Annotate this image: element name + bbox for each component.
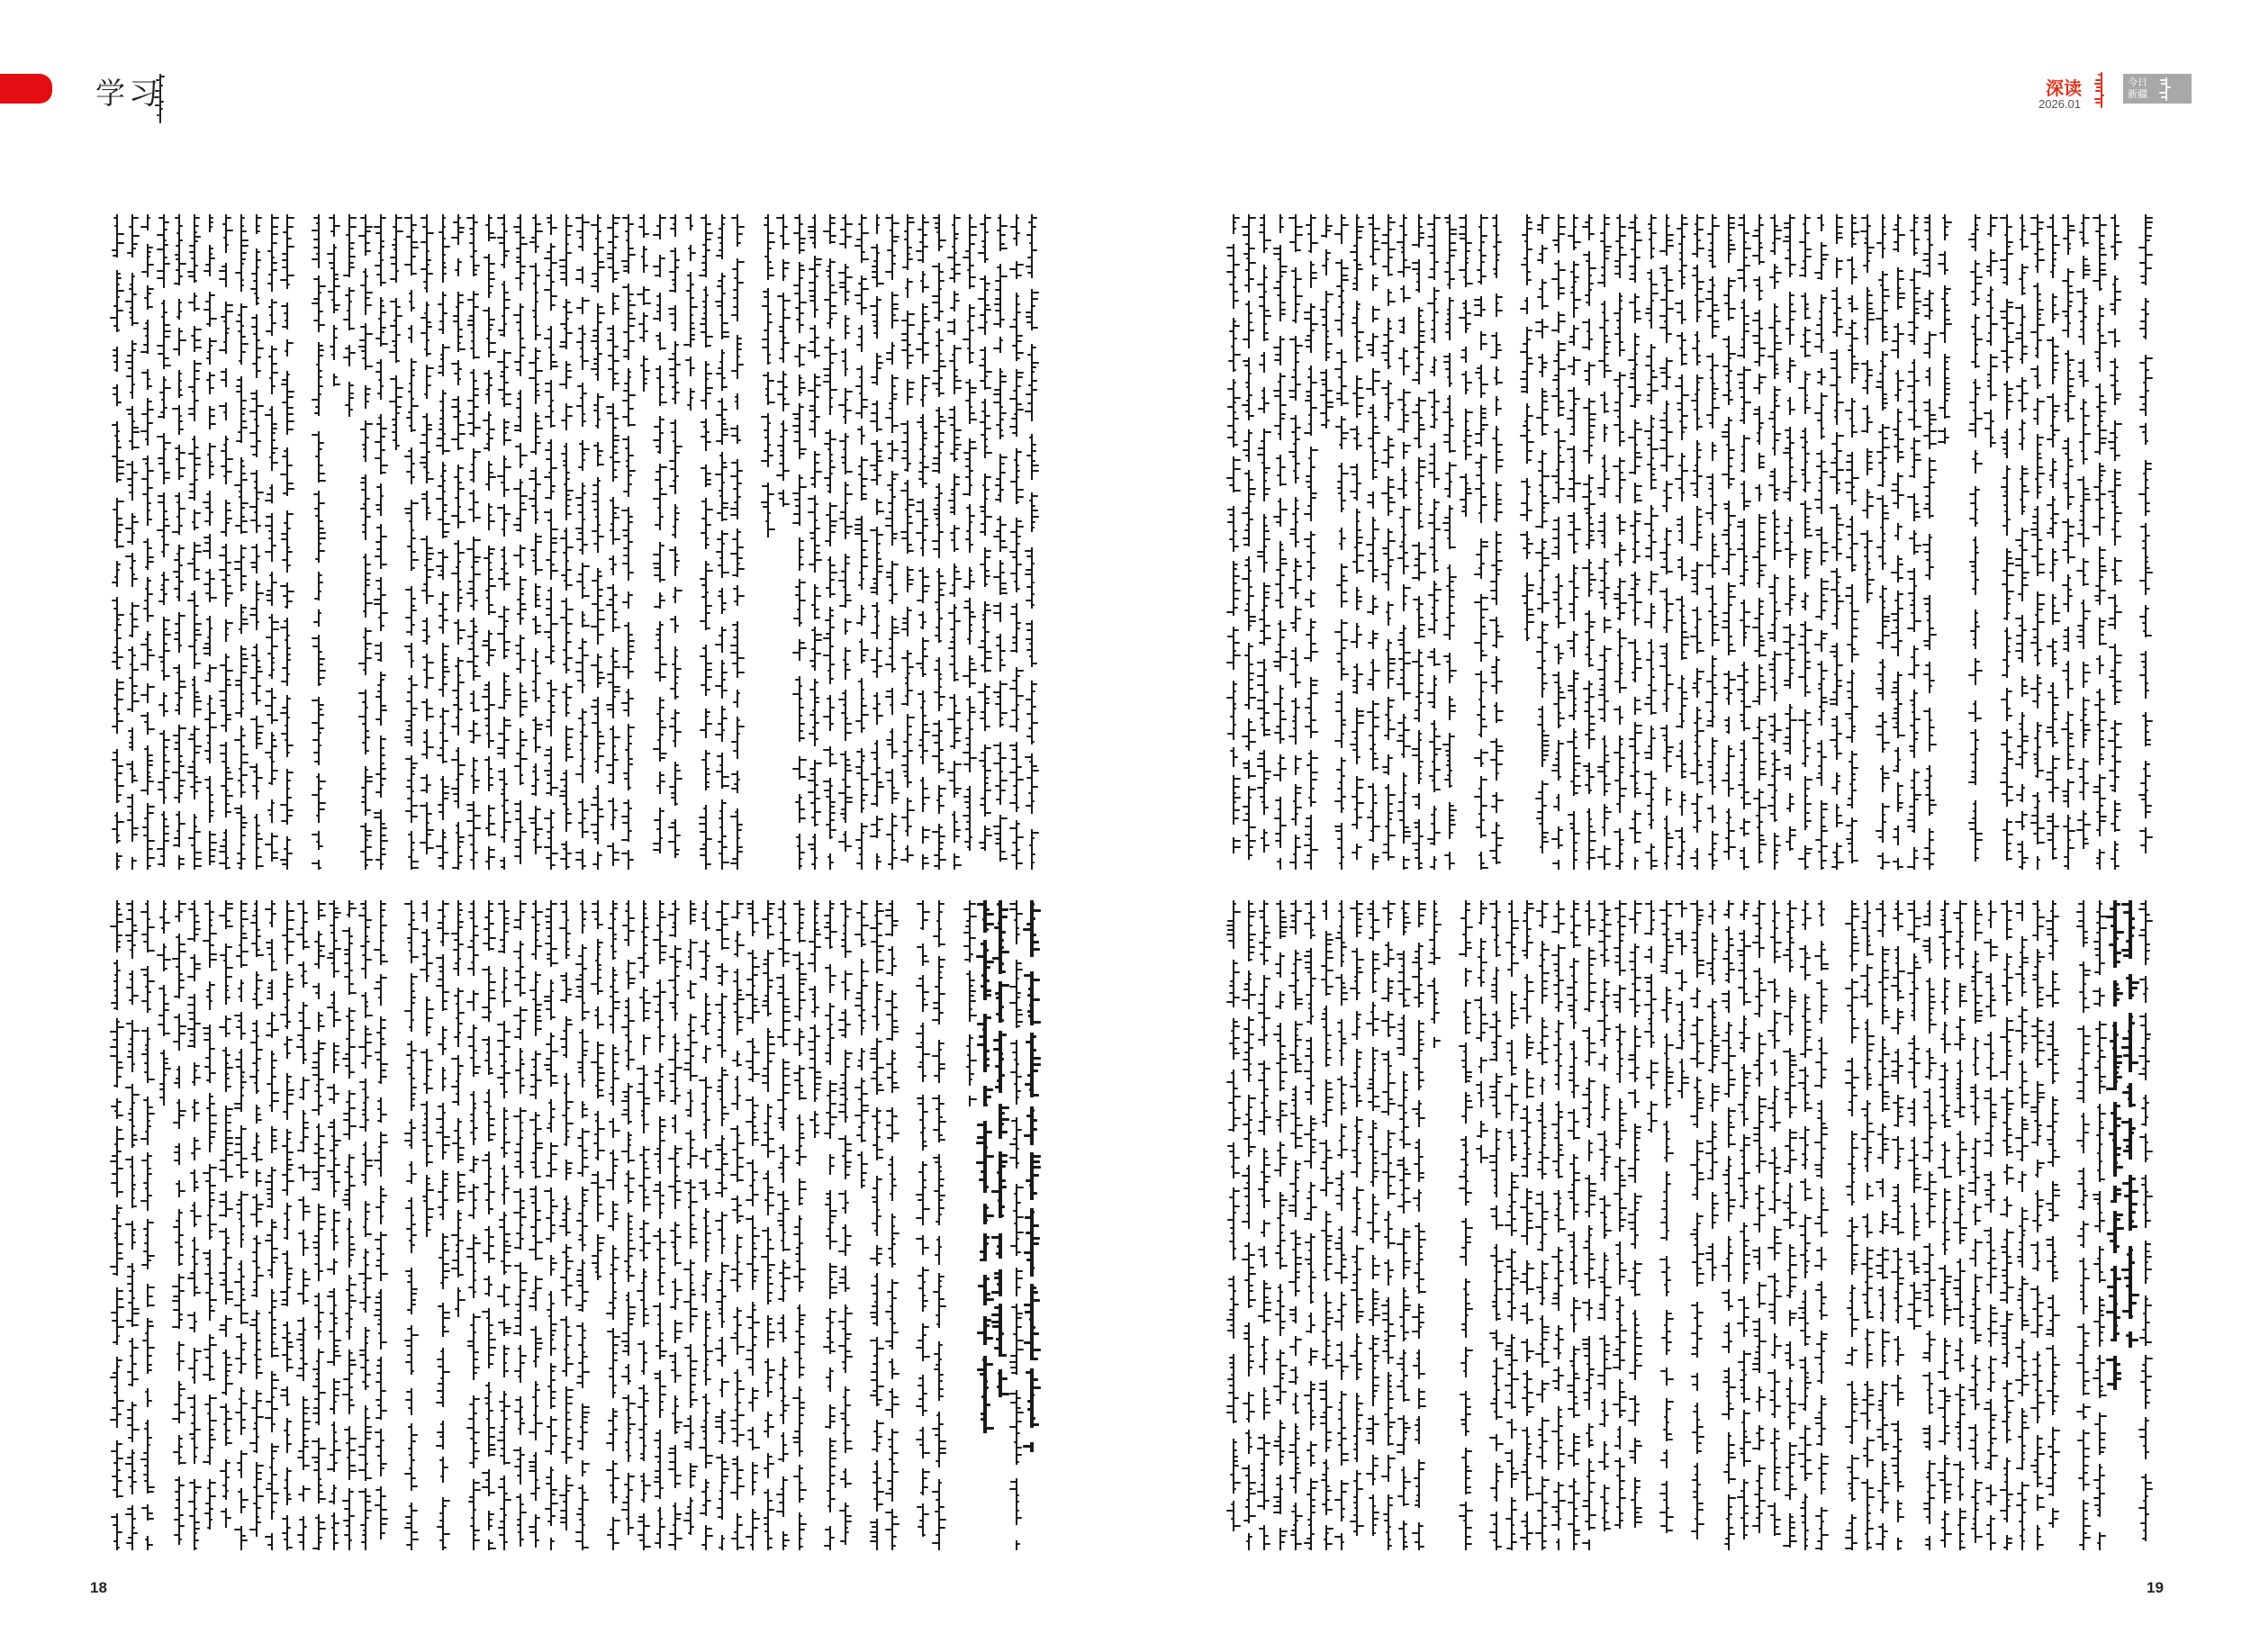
text-column <box>885 900 898 1550</box>
text-column <box>1722 900 1734 1550</box>
text-column <box>947 214 960 870</box>
text-column <box>2000 900 2012 1550</box>
text-column <box>1288 900 1301 1550</box>
text-column <box>1798 900 1811 1550</box>
text-column <box>1737 900 1749 1550</box>
text-column <box>1025 900 1037 1550</box>
text-column <box>1366 900 1379 1550</box>
text-column <box>265 214 277 870</box>
text-column <box>1381 214 1394 870</box>
text-column <box>2076 214 2089 870</box>
text-column <box>1520 900 1532 1550</box>
text-column <box>1860 900 1873 1550</box>
text-column <box>1459 214 1471 870</box>
text-column <box>932 214 945 870</box>
text-column <box>374 900 386 1550</box>
text-column <box>140 214 153 870</box>
text-column <box>591 214 603 870</box>
text-column <box>436 214 448 870</box>
page-19-lower-text-block <box>1226 900 2152 1550</box>
text-column <box>2030 214 2043 870</box>
text-column <box>2030 900 2043 1550</box>
text-column <box>404 900 417 1550</box>
text-column <box>2108 900 2120 1550</box>
text-column <box>513 214 526 870</box>
text-column <box>358 214 371 870</box>
text-column <box>1891 214 1903 870</box>
text-column <box>1257 214 1270 870</box>
text-column <box>1628 214 1641 870</box>
text-column <box>1412 214 1424 870</box>
text-column <box>1783 214 1795 870</box>
text-column <box>978 214 990 870</box>
text-column <box>265 900 277 1550</box>
text-column <box>1242 900 1254 1550</box>
text-column <box>575 900 588 1550</box>
text-column <box>1350 900 1362 1550</box>
text-column <box>715 900 728 1550</box>
text-column <box>1304 214 1316 870</box>
text-column <box>870 900 882 1550</box>
text-column <box>1860 214 1873 870</box>
partner-badge-line1: 今日 <box>2128 77 2153 88</box>
text-column <box>1922 214 1935 870</box>
text-column <box>900 214 913 870</box>
text-column <box>466 900 479 1550</box>
text-column <box>249 900 262 1550</box>
text-column <box>1876 214 1888 870</box>
text-column <box>993 214 1006 870</box>
brand-name-mongolian <box>2096 72 2114 108</box>
issue-date: 2026.01 <box>2039 97 2081 111</box>
text-column <box>730 214 743 870</box>
text-column <box>1474 214 1487 870</box>
text-column <box>792 214 805 870</box>
text-column <box>1907 900 1920 1550</box>
text-column <box>219 214 231 870</box>
text-column <box>653 900 665 1550</box>
text-column <box>1582 900 1595 1550</box>
text-column <box>2000 214 2012 870</box>
text-column <box>1690 900 1703 1550</box>
text-column <box>2046 214 2058 870</box>
text-column <box>1535 214 1548 870</box>
text-column <box>1814 214 1827 870</box>
text-column <box>653 214 665 870</box>
text-column <box>621 214 634 870</box>
text-column <box>637 214 649 870</box>
text-column <box>854 900 867 1550</box>
text-column <box>1242 214 1254 870</box>
text-column <box>125 214 138 870</box>
text-column <box>1659 900 1672 1550</box>
text-column <box>1767 900 1780 1550</box>
text-column <box>312 214 324 870</box>
text-column <box>172 900 185 1550</box>
text-column <box>1535 900 1548 1550</box>
text-column <box>1938 900 1950 1550</box>
text-column <box>621 900 634 1550</box>
text-column <box>1705 214 1718 870</box>
text-column <box>466 214 479 870</box>
text-column <box>1876 900 1888 1550</box>
text-column <box>2093 900 2105 1550</box>
partner-badge-chinese: 今日 新疆 <box>2128 77 2153 100</box>
text-column <box>963 900 975 1550</box>
text-column <box>916 214 928 870</box>
text-column <box>187 214 200 870</box>
partner-badge: 今日 新疆 <box>2123 74 2192 104</box>
text-column <box>544 214 556 870</box>
text-column <box>1690 214 1703 870</box>
text-column <box>761 900 773 1550</box>
text-column <box>327 214 339 870</box>
text-column <box>234 900 247 1550</box>
text-column <box>838 900 851 1550</box>
text-column <box>2076 900 2089 1550</box>
text-column <box>482 214 494 870</box>
brand-name: 深读 <box>2046 74 2082 100</box>
text-column <box>963 214 975 870</box>
text-column <box>591 900 603 1550</box>
text-column <box>1675 214 1687 870</box>
text-column <box>2108 214 2120 870</box>
text-column <box>715 214 728 870</box>
text-column <box>187 900 200 1550</box>
text-column <box>1968 900 1981 1550</box>
section-title-mongolian <box>155 74 166 123</box>
text-column <box>1953 900 1966 1550</box>
text-column <box>854 214 867 870</box>
text-column <box>1984 214 1996 870</box>
text-column <box>823 214 836 870</box>
text-column <box>1520 214 1532 870</box>
text-column <box>1767 214 1780 870</box>
text-column <box>932 900 945 1550</box>
text-column <box>1319 214 1332 870</box>
text-column <box>606 214 619 870</box>
text-column <box>1845 900 1858 1550</box>
text-column <box>870 214 882 870</box>
text-column <box>1907 214 1920 870</box>
text-column <box>296 900 309 1550</box>
text-column <box>1705 900 1718 1550</box>
text-column <box>2061 214 2074 870</box>
text-column <box>1412 900 1424 1550</box>
text-column <box>1675 900 1687 1550</box>
text-column <box>668 900 681 1550</box>
partner-badge-line2: 新疆 <box>2128 88 2153 100</box>
text-column <box>203 214 215 870</box>
text-column <box>1489 214 1502 870</box>
text-column <box>730 900 743 1550</box>
text-column <box>1474 900 1487 1550</box>
text-column <box>916 900 928 1550</box>
text-column <box>885 214 898 870</box>
text-column <box>1722 214 1734 870</box>
text-column <box>1783 900 1795 1550</box>
text-column <box>838 214 851 870</box>
page-19-upper-text-block <box>1226 214 2152 870</box>
text-column <box>1567 900 1579 1550</box>
text-column <box>513 900 526 1550</box>
text-column <box>1659 214 1672 870</box>
text-column <box>2138 900 2151 1550</box>
text-column <box>606 900 619 1550</box>
text-column <box>746 900 758 1550</box>
text-column <box>1597 214 1610 870</box>
text-column <box>978 900 990 1550</box>
text-column <box>234 214 247 870</box>
text-column <box>125 900 138 1550</box>
section-tab-marker <box>0 74 52 104</box>
text-column <box>1845 214 1858 870</box>
text-column <box>637 900 649 1550</box>
text-column <box>1397 900 1409 1550</box>
section-title: 学习 <box>95 70 162 113</box>
text-column <box>668 214 681 870</box>
text-column <box>808 900 820 1550</box>
text-column <box>559 214 572 870</box>
text-column <box>1459 900 1471 1550</box>
text-column <box>1891 900 1903 1550</box>
text-column <box>219 900 231 1550</box>
text-column <box>157 214 169 870</box>
text-column <box>1798 214 1811 870</box>
text-column <box>1984 900 1996 1550</box>
text-column <box>1922 900 1935 1550</box>
text-column <box>280 214 293 870</box>
text-column <box>1273 214 1286 870</box>
text-column <box>420 214 432 870</box>
text-column <box>1442 214 1455 870</box>
text-column <box>1752 214 1765 870</box>
text-column <box>2046 900 2058 1550</box>
text-column <box>1257 900 1270 1550</box>
text-column <box>792 900 805 1550</box>
page-18-upper-text-block <box>110 214 1037 870</box>
text-column <box>1427 900 1440 1550</box>
text-column <box>451 214 464 870</box>
text-column <box>699 900 711 1550</box>
text-column <box>1814 900 1827 1550</box>
text-column <box>2138 214 2151 870</box>
text-column <box>544 900 556 1550</box>
text-column <box>1830 214 1842 870</box>
text-column <box>1273 900 1286 1550</box>
text-column <box>575 214 588 870</box>
text-column <box>482 900 494 1550</box>
text-column <box>1381 900 1394 1550</box>
text-column <box>683 900 696 1550</box>
text-column <box>342 214 355 870</box>
text-column <box>436 900 448 1550</box>
text-column <box>110 214 122 870</box>
text-column <box>1597 900 1610 1550</box>
text-column <box>157 900 169 1550</box>
text-column <box>823 900 836 1550</box>
text-column <box>1226 900 1239 1550</box>
text-column <box>1427 214 1440 870</box>
page-number-left: 18 <box>90 1579 107 1597</box>
text-column <box>529 900 541 1550</box>
text-column <box>1489 900 1502 1550</box>
text-column <box>1334 214 1347 870</box>
text-column <box>1551 214 1564 870</box>
text-column <box>699 214 711 870</box>
text-column <box>559 900 572 1550</box>
text-column <box>280 900 293 1550</box>
text-column <box>1551 900 1564 1550</box>
text-column <box>358 900 371 1550</box>
text-column <box>529 214 541 870</box>
text-column <box>203 900 215 1550</box>
text-column <box>249 214 262 870</box>
text-column <box>683 214 696 870</box>
text-column <box>1350 214 1362 870</box>
text-column <box>2093 214 2105 870</box>
text-column <box>1582 214 1595 870</box>
text-column <box>761 214 773 870</box>
magazine-brand: 深读 2026.01 今日 新疆 <box>2037 70 2244 124</box>
text-column <box>1613 214 1625 870</box>
text-column <box>497 214 510 870</box>
text-column <box>1737 214 1749 870</box>
page-18-lower-text-block <box>110 900 1037 1550</box>
partner-badge-mongolian <box>2161 77 2186 101</box>
text-column <box>1009 900 1022 1550</box>
text-column <box>1366 214 1379 870</box>
text-column <box>451 900 464 1550</box>
text-column <box>808 214 820 870</box>
text-column <box>1025 214 1037 870</box>
text-column <box>1968 214 1981 870</box>
text-column <box>1938 214 1950 870</box>
text-column <box>776 214 789 870</box>
text-column <box>312 900 324 1550</box>
text-column <box>2123 900 2136 1550</box>
text-column <box>1752 900 1765 1550</box>
text-column <box>420 900 432 1550</box>
text-column <box>1505 900 1517 1550</box>
text-column <box>389 214 402 870</box>
text-column <box>1304 900 1316 1550</box>
text-column <box>1613 900 1625 1550</box>
page-number-right: 19 <box>2147 1579 2164 1597</box>
text-column <box>2015 214 2028 870</box>
text-column <box>1397 214 1409 870</box>
text-column <box>172 214 185 870</box>
text-column <box>2015 900 2028 1550</box>
text-column <box>404 214 417 870</box>
text-column <box>1288 214 1301 870</box>
text-column <box>1009 214 1022 870</box>
text-column <box>1226 214 1239 870</box>
text-column <box>342 900 355 1550</box>
text-column <box>374 214 386 870</box>
text-column <box>1644 214 1657 870</box>
text-column <box>1644 900 1657 1550</box>
text-column <box>776 900 789 1550</box>
text-column <box>1628 900 1641 1550</box>
text-column <box>140 900 153 1550</box>
text-column <box>110 900 122 1550</box>
text-column <box>327 900 339 1550</box>
text-column <box>497 900 510 1550</box>
text-column <box>1334 900 1347 1550</box>
text-column <box>1319 900 1332 1550</box>
text-column <box>1567 214 1579 870</box>
text-column <box>993 900 1006 1550</box>
